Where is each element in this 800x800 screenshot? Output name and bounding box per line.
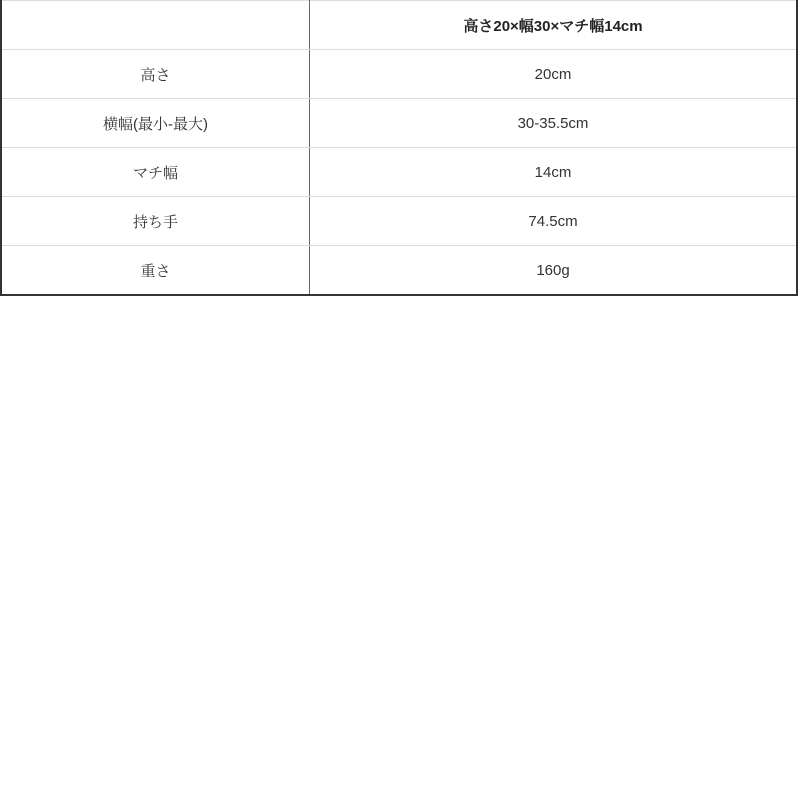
table-row: 重さ 160g	[1, 246, 797, 296]
header-value-cell: 高さ20×幅30×マチ幅14cm	[310, 1, 798, 50]
table-row: マチ幅 14cm	[1, 148, 797, 197]
row-label-weight: 重さ	[1, 246, 310, 296]
row-value-width: 30-35.5cm	[310, 99, 798, 148]
table-header-row: 高さ20×幅30×マチ幅14cm	[1, 1, 797, 50]
row-value-height: 20cm	[310, 50, 798, 99]
size-spec-table: 高さ20×幅30×マチ幅14cm 高さ 20cm 横幅(最小-最大) 30-35…	[0, 0, 798, 296]
row-label-gusset: マチ幅	[1, 148, 310, 197]
table-row: 横幅(最小-最大) 30-35.5cm	[1, 99, 797, 148]
row-value-gusset: 14cm	[310, 148, 798, 197]
header-label-cell	[1, 1, 310, 50]
row-value-handle: 74.5cm	[310, 197, 798, 246]
table-row: 高さ 20cm	[1, 50, 797, 99]
row-label-width: 横幅(最小-最大)	[1, 99, 310, 148]
row-label-handle: 持ち手	[1, 197, 310, 246]
table-row: 持ち手 74.5cm	[1, 197, 797, 246]
row-value-weight: 160g	[310, 246, 798, 296]
row-label-height: 高さ	[1, 50, 310, 99]
